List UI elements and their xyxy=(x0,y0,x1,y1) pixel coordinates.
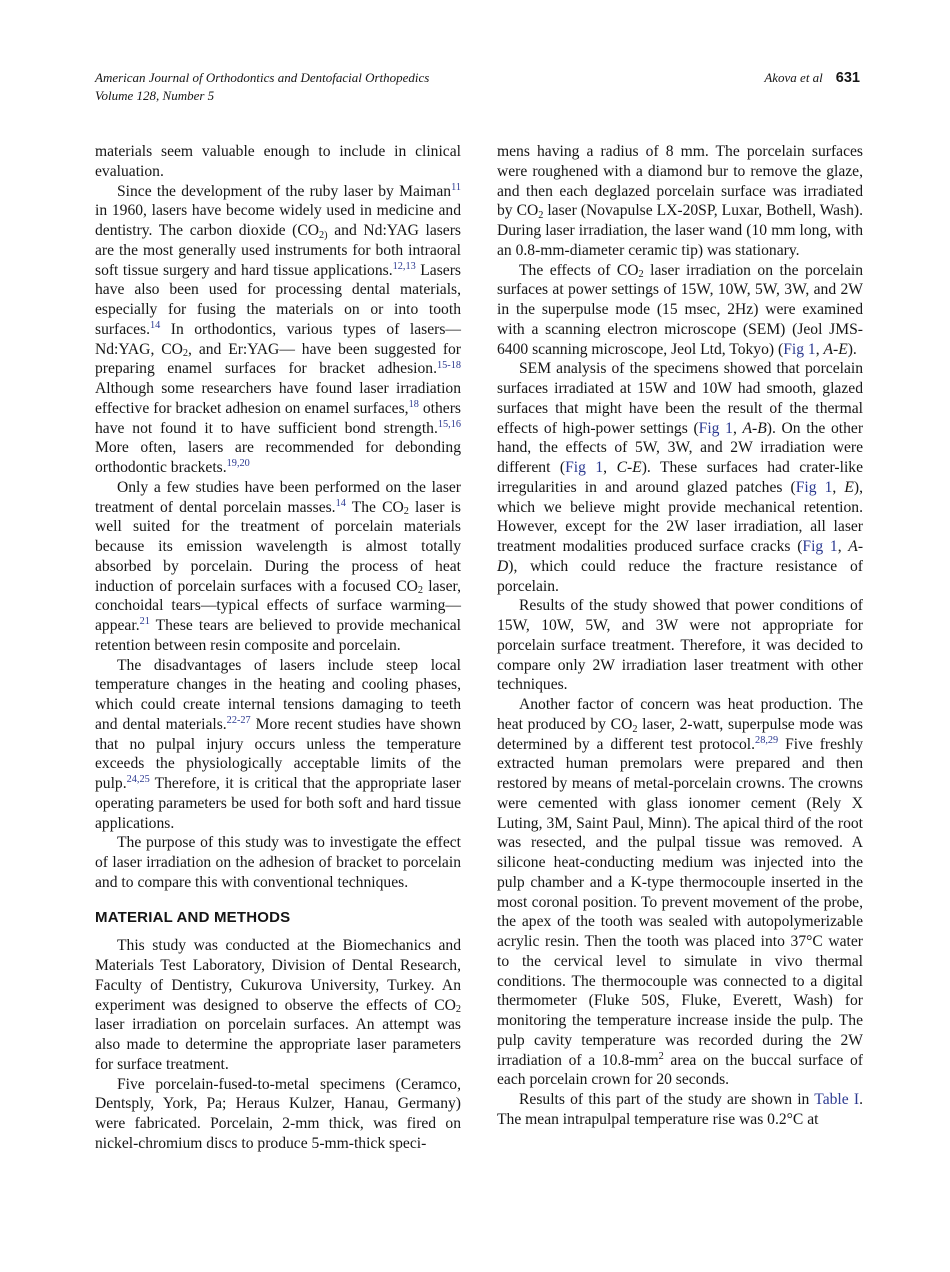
paragraph: Only a few studies have been performed o… xyxy=(95,478,461,656)
subscript: 2 xyxy=(456,1004,461,1015)
section-heading: MATERIAL AND METHODS xyxy=(95,908,461,928)
citation-link[interactable]: 24,25 xyxy=(127,774,150,785)
paragraph: Results of the study showed that power c… xyxy=(497,596,863,695)
paragraph: Results of this part of the study are sh… xyxy=(497,1090,863,1130)
paragraph: Since the development of the ruby laser … xyxy=(95,182,461,478)
subscript: 2 xyxy=(404,506,409,517)
italic-text: E xyxy=(844,479,854,496)
text-run: Since the development of the ruby laser … xyxy=(117,183,451,200)
text-run: The effects of CO xyxy=(519,262,639,279)
subscript: 2 xyxy=(418,585,423,596)
cross-ref-link[interactable]: Fig 1 xyxy=(783,341,816,358)
journal-title: American Journal of Orthodontics and Den… xyxy=(95,69,429,87)
citation-link[interactable]: 14 xyxy=(336,498,346,509)
paragraph: SEM analysis of the specimens showed tha… xyxy=(497,359,863,596)
italic-text: A-B xyxy=(743,420,767,437)
paragraph: This study was conducted at the Biomecha… xyxy=(95,936,461,1074)
text-run: ). xyxy=(848,341,857,358)
paragraph: The disadvantages of lasers include stee… xyxy=(95,656,461,834)
citation-link[interactable]: 15,16 xyxy=(438,419,461,430)
citation-link[interactable]: 19,20 xyxy=(227,458,250,469)
text-run: Although some researchers have found las… xyxy=(95,380,461,417)
text-run: ), which could reduce the fracture resis… xyxy=(497,558,863,595)
cross-ref-link[interactable]: Fig 1 xyxy=(796,479,833,496)
journal-identification: American Journal of Orthodontics and Den… xyxy=(95,69,429,104)
citation-link[interactable]: 22-27 xyxy=(227,715,251,726)
text-run: Five porcelain-fused-to-metal specimens … xyxy=(95,1076,461,1152)
cross-ref-link[interactable]: Fig 1 xyxy=(802,538,837,555)
text-run: Five freshly extracted human premolars w… xyxy=(497,736,863,1069)
paragraph: Another factor of concern was heat produ… xyxy=(497,695,863,1090)
paragraph: mens having a radius of 8 mm. The porcel… xyxy=(497,142,863,261)
paragraph: Five porcelain-fused-to-metal specimens … xyxy=(95,1075,461,1154)
text-run: , xyxy=(603,459,616,476)
text-run: materials seem valuable enough to includ… xyxy=(95,143,461,180)
journal-volume: Volume 128, Number 5 xyxy=(95,87,429,105)
text-run: , xyxy=(733,420,743,437)
text-run: Results of the study showed that power c… xyxy=(497,597,863,693)
text-run: , xyxy=(838,538,849,555)
italic-text: A-E xyxy=(823,341,847,358)
page-number: 631 xyxy=(836,70,860,88)
text-run: Results of this part of the study are sh… xyxy=(519,1091,814,1108)
text-run: laser (Novapulse LX-20SP, Luxar, Bothell… xyxy=(497,202,863,259)
text-run: , xyxy=(832,479,844,496)
journal-page: American Journal of Orthodontics and Den… xyxy=(0,0,950,1272)
right-column: mens having a radius of 8 mm. The porcel… xyxy=(497,142,863,1154)
text-run: The CO xyxy=(346,499,404,516)
citation-link[interactable]: 18 xyxy=(409,399,419,410)
paragraph: The effects of CO2 laser irradiation on … xyxy=(497,261,863,360)
page-header: American Journal of Orthodontics and Den… xyxy=(95,69,860,104)
text-run: More often, lasers are recommended for d… xyxy=(95,439,461,476)
citation-link[interactable]: 15-18 xyxy=(437,360,461,371)
citation-link[interactable]: 12,13 xyxy=(393,261,416,272)
italic-text: C-E xyxy=(617,459,642,476)
subscript: 2 xyxy=(183,348,188,359)
cross-ref-link[interactable]: Table I xyxy=(814,1091,859,1108)
cross-ref-link[interactable]: Fig 1 xyxy=(565,459,603,476)
subscript: 2 xyxy=(632,724,637,735)
subscript: 2) xyxy=(319,230,328,241)
cross-ref-link[interactable]: Fig 1 xyxy=(699,420,733,437)
paragraph: materials seem valuable enough to includ… xyxy=(95,142,461,182)
paragraph: The purpose of this study was to investi… xyxy=(95,833,461,892)
text-run: This study was conducted at the Biomecha… xyxy=(95,937,461,1013)
subscript: 2 xyxy=(538,210,543,221)
citation-link[interactable]: 28,29 xyxy=(755,735,778,746)
left-column: materials seem valuable enough to includ… xyxy=(95,142,461,1154)
article-body: materials seem valuable enough to includ… xyxy=(95,142,863,1154)
running-authors: Akova et al xyxy=(764,69,822,87)
superscript: 2 xyxy=(659,1051,664,1062)
text-run: The purpose of this study was to investi… xyxy=(95,834,461,891)
citation-link[interactable]: 14 xyxy=(150,320,160,331)
citation-link[interactable]: 11 xyxy=(451,182,461,193)
text-run: laser irradiation on porcelain surfaces.… xyxy=(95,1016,461,1073)
running-head: Akova et al 631 xyxy=(764,69,860,88)
citation-link[interactable]: 21 xyxy=(140,616,150,627)
subscript: 2 xyxy=(639,269,644,280)
